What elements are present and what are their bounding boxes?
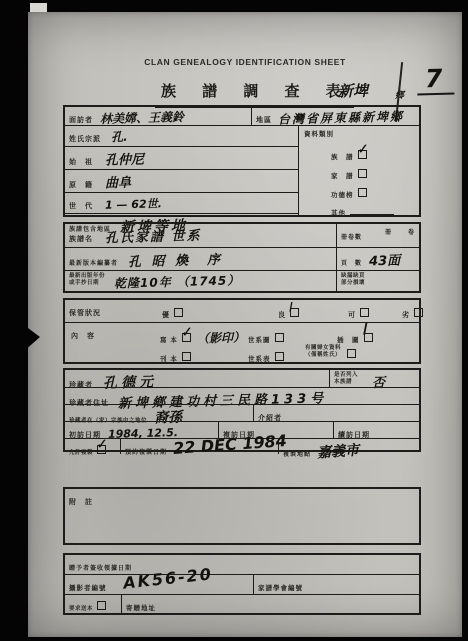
checkbox [275,352,284,361]
field-owner: 珍藏者 孔德元 [65,370,329,387]
field-society-number: 家譜學會編號 [253,575,419,594]
genealogy-name-value: 孔氏家譜 世系 [105,225,202,247]
genealogy-sheet: CLAN GENEALOGY IDENTIFICATION SHEET 族 譜 … [28,12,462,637]
field-notes: 附 註 [65,489,419,543]
category-option-jiapu: 家 譜 [331,165,367,183]
microfilm-background: CLAN GENEALOGY IDENTIFICATION SHEET 族 譜 … [0,0,468,641]
category-option-zupu: 族 譜 ✓ [331,146,367,164]
pages-label: 頁 數 [341,261,362,267]
field-condition: 保管狀況 優 良 / 可 劣 [65,300,419,322]
publication-date-label: 最新出版年份 或手抄日期 [69,273,105,287]
field-volumes: 冊卷數 冊 卷 [336,224,419,247]
field-pages: 頁 數 43面 [336,248,419,270]
field-data-category: 資料類別 族 譜 ✓ 家 譜 功德榜 其他 [298,126,419,215]
field-region: 地區 台灣省屏東縣新埤鄉 [251,107,419,125]
content-label: 內 容 [71,331,95,341]
checkbox: ✓ [182,333,191,342]
field-ancestor: 始 祖 孔仲尼 [65,146,298,169]
content-option-manuscript: 寫 本 ✓ （影印） [160,329,245,347]
ancestor-value: 孔仲尼 [105,148,144,168]
checkbox [97,601,106,610]
block-genealogy-book: 族譜名 孔氏家譜 世系 冊卷數 冊 卷 最新版本編纂者 孔 昭 煥 序 頁 數 … [63,222,421,293]
condition-option-fair: 可 [348,304,369,322]
field-owner-address: 珍藏者住址 新埤鄉建功村三民路133号 [65,388,419,404]
genealogy-name-label: 族譜名 [69,236,93,243]
field-listed-in-genealogy: 是否列入 本族譜 否 [329,370,419,387]
checkbox: ✓ [358,150,367,159]
copy-place-label: 複製地點 [283,452,311,458]
sheet-title: 族 譜 調 查 表 [155,80,354,108]
compiler-value: 孔 昭 煥 序 [128,249,224,270]
checkbox [358,188,367,197]
field-receipt-date: 贈予者簽收領據日期 [65,555,419,574]
pages-value: 43面 [369,250,401,270]
field-permit-copy: 允許複製 ✓ [65,439,120,454]
checkbox [358,169,367,178]
checkbox: ✓ [97,445,106,454]
copy-date-label: 預約複製日期 [125,450,167,456]
block-admin: 贈予者簽收領據日期 攝影者編號 AK56-20 家譜學會編號 要求送本 寄贈地 [63,553,421,615]
generations-value: 1 — 62世. [105,195,162,212]
checkbox [347,349,356,358]
volumes-label: 冊卷數 [341,235,362,241]
checkbox: / [290,308,299,317]
society-number-label: 家譜學會編號 [258,585,303,592]
checkbox [174,308,183,317]
origin-label: 原 籍 [69,182,93,189]
block-condition-content: 保管狀況 優 良 / 可 劣 [63,298,421,364]
block-collector: 珍藏者 孔德元 是否列入 本族譜 否 珍藏者住址 新埤鄉建功村三民路133号 [63,368,421,452]
block-identity: 面訪者 林美嫦、王義鈴 地區 台灣省屏東縣新埤鄉 姓氏宗派 孔. 始 祖 孔仲 [63,105,421,217]
field-photographer-number: 攝影者編號 AK56-20 [65,575,253,594]
compiler-label: 最新版本編纂者 [69,261,118,267]
manuscript-note: （影印） [197,328,245,346]
interviewer-label: 面訪者 [69,117,93,124]
copy-place-value: 嘉義市 [317,440,360,463]
photographer-number-label: 攝影者編號 [69,585,107,592]
request-copy-label: 要求送本 [69,606,93,612]
annotation-place: 新埤 [338,80,369,102]
generations-label: 世 代 [69,203,93,210]
condition-option-good: 良 / [278,304,299,322]
content-option-lineage-chart: 世系圖 [248,329,284,347]
field-damage: 缺漏缺頁 部分損壞 [336,271,419,293]
condition-option-poor: 劣 [402,304,423,322]
condition-label: 保管狀況 [69,310,101,317]
checkbox: / [364,333,373,342]
field-introducer: 介紹者 [253,405,419,421]
content-option-lineage-table: 世系表 [248,348,284,366]
field-first-visit: 初訪日期 1984, 12.5. [65,422,218,438]
damage-label: 缺漏缺頁 部分損壞 [341,273,365,287]
publication-date-value: 乾隆10年 （1745） [114,271,241,291]
field-interviewer: 面訪者 林美嫦、王義鈴 [65,107,251,125]
permit-copy-label: 允許複製 [69,450,93,456]
block-notes: 附 註 [63,487,421,545]
volumes-unit-juan: 卷 [408,227,415,236]
field-surname: 姓氏宗派 孔. [65,126,298,146]
region-label: 地區 [256,117,272,124]
field-publication-date: 最新出版年份 或手抄日期 乾隆10年 （1745） [65,271,336,293]
data-category-title: 資料類別 [304,129,334,138]
notes-label: 附 註 [69,499,93,506]
film-wedge-artifact [24,325,40,351]
listed-label: 是否列入 本族譜 [334,372,358,386]
field-genealogy-name: 族譜名 孔氏家譜 世系 [65,224,336,247]
field-mailing-address: 寄贈地址 [121,595,419,613]
condition-option-excellent: 優 [162,304,183,322]
origin-value: 曲阜 [105,172,132,192]
mailing-address-label: 寄贈地址 [126,605,156,612]
checkbox [182,352,191,361]
content-option-women-records: 有關婦女資料 （僅稱姓氏） [305,345,356,363]
sheet-header-english: CLAN GENEALOGY IDENTIFICATION SHEET [28,57,462,67]
checkbox [360,308,369,317]
field-content: 內 容 寫 本 ✓ （影印） 世系圖 插 圖 / 刊 [65,322,419,325]
category-option-other: 其他 [331,202,394,220]
field-request-copy: 要求送本 [65,595,121,613]
checkbox [414,308,423,317]
other-blank-line [350,207,394,215]
surname-label: 姓氏宗派 [69,136,101,143]
field-copy-date: 預約複製日期 22 DEC 1984 [120,439,278,454]
field-followup-visit: 續訪日期 [333,422,419,438]
field-compiler: 最新版本編纂者 孔 昭 煥 序 [65,248,336,270]
surname-value: 孔. [111,128,128,145]
checkbox [275,333,284,342]
content-option-print: 刊 本 [160,348,191,366]
ancestor-label: 始 祖 [69,159,93,166]
field-origin: 原 籍 曲阜 [65,169,298,192]
field-clan-position: 珍藏者在（家）宗族中之地位 裔孫 [65,405,253,421]
field-copy-place: 複製地點 嘉義市 [278,439,419,454]
volumes-unit-ce: 冊 [385,227,392,236]
category-option-merit-board: 功德榜 [331,184,367,202]
annotation-number: 7 [417,64,455,96]
field-generations: 世 代 1 — 62世. [65,192,298,213]
receipt-date-label: 贈予者簽收領據日期 [69,566,132,572]
